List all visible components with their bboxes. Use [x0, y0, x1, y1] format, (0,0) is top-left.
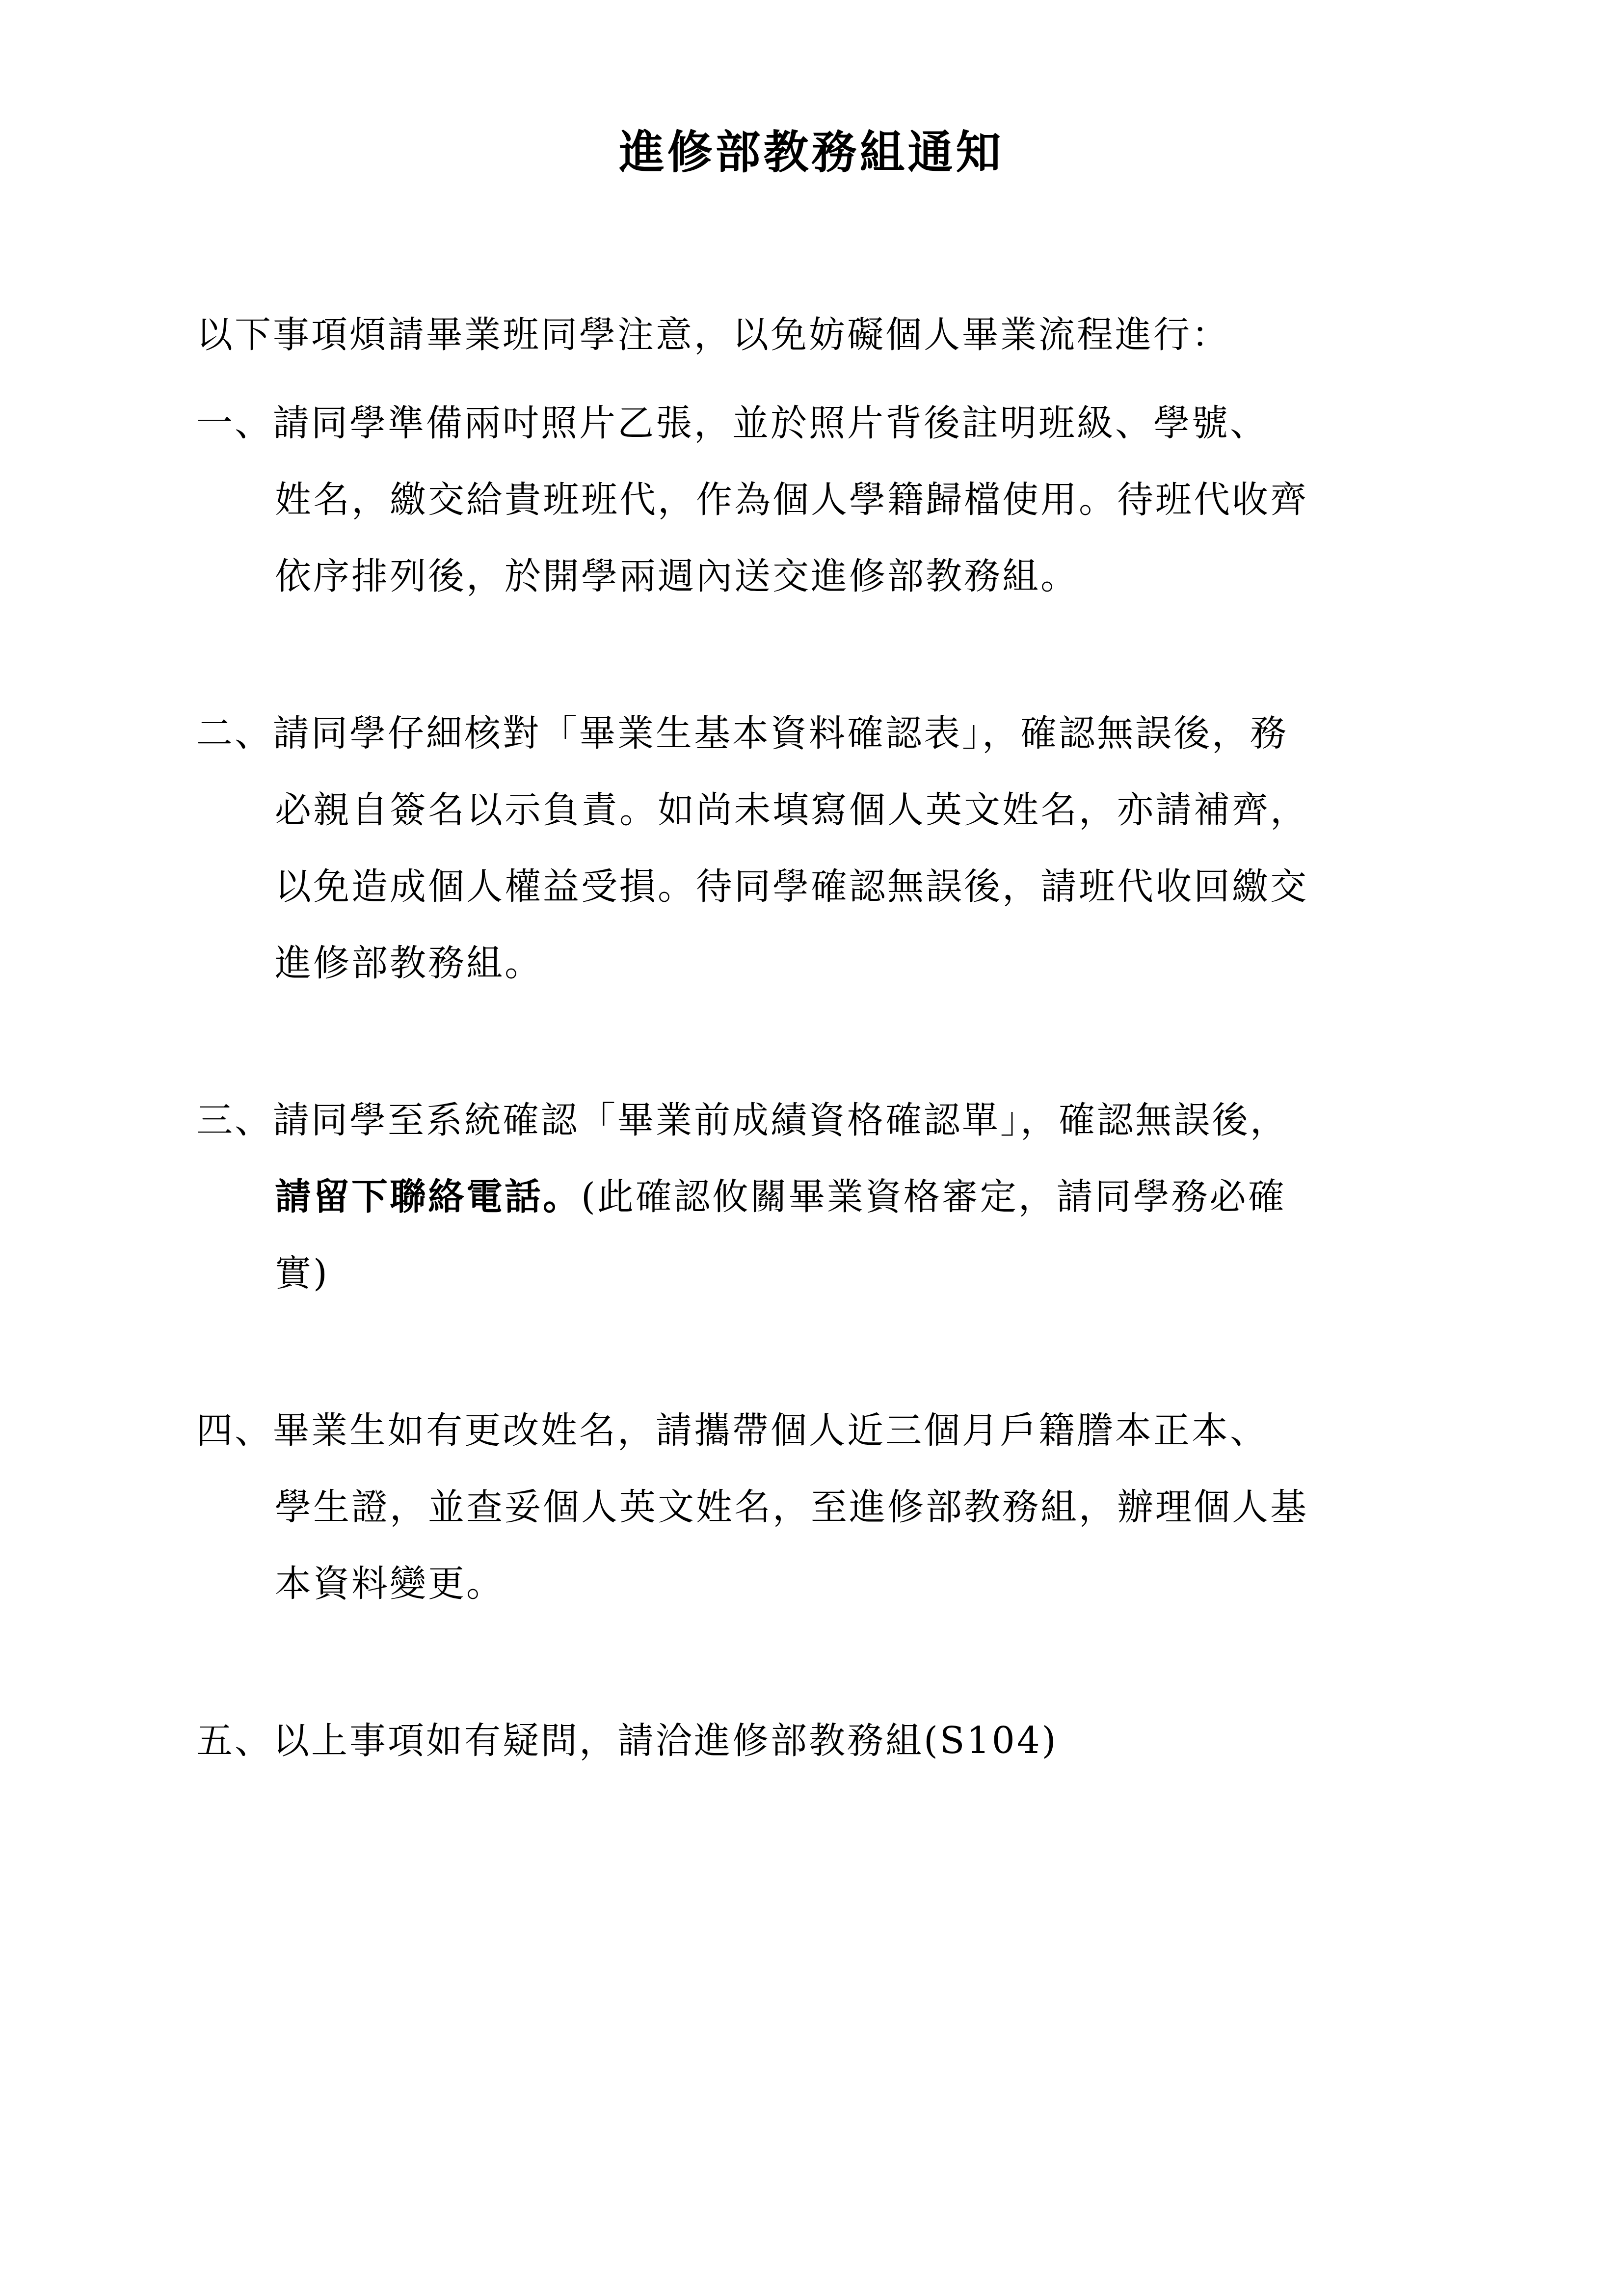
item-number: 一、 — [196, 402, 273, 444]
intro-paragraph: 以下事項煩請畢業班同學注意，以免妨礙個人畢業流程進行： — [196, 310, 1230, 359]
item-4-line-2: 學生證，並查妥個人英文姓名，至進修部教務組，辦理個人基 — [275, 1483, 1308, 1532]
item-2-line-3: 以免造成個人權益受損。待同學確認無誤後，請班代收回繳交 — [275, 862, 1308, 911]
item-1-line-2: 姓名，繳交給貴班班代，作為個人學籍歸檔使用。待班代收齊 — [275, 475, 1308, 524]
item-4-line-1: 四、畢業生如有更改姓名，請攜帶個人近三個月戶籍謄本正本、 — [196, 1406, 1268, 1455]
item-5-line-1: 五、以上事項如有疑問，請洽進修部教務組(S104) — [196, 1716, 1058, 1765]
item-number: 三、 — [196, 1099, 273, 1141]
item-number: 二、 — [196, 712, 273, 755]
emphasis-contact-phone: 請留下聯絡電話。 — [275, 1176, 581, 1218]
item-2-line-1: 二、請同學仔細核對「畢業生基本資料確認表」，確認無誤後，務 — [196, 709, 1288, 758]
item-2-line-2: 必親自簽名以示負責。如尚未填寫個人英文姓名，亦請補齊， — [275, 785, 1308, 835]
item-3-line-1: 三、請同學至系統確認「畢業前成績資格確認單」，確認無誤後， — [196, 1096, 1288, 1145]
item-number: 四、 — [196, 1409, 273, 1452]
item-4-line-3: 本資料變更。 — [275, 1559, 505, 1608]
item-1-line-3: 依序排列後，於開學兩週內送交進修部教務組。 — [275, 552, 1079, 601]
item-number: 五、 — [196, 1720, 273, 1762]
item-2-line-4: 進修部教務組。 — [275, 939, 543, 988]
item-3-line-3: 實) — [275, 1249, 329, 1298]
page-title: 進修部教務組通知 — [0, 120, 1623, 184]
item-3-line-2: 請留下聯絡電話。(此確認攸關畢業資格審定，請同學務必確 — [275, 1172, 1286, 1221]
document-page: 進修部教務組通知 以下事項煩請畢業班同學注意，以免妨礙個人畢業流程進行： 一、請… — [0, 0, 1623, 2296]
item-1-line-1: 一、請同學準備兩吋照片乙張，並於照片背後註明班級、學號、 — [196, 399, 1268, 448]
